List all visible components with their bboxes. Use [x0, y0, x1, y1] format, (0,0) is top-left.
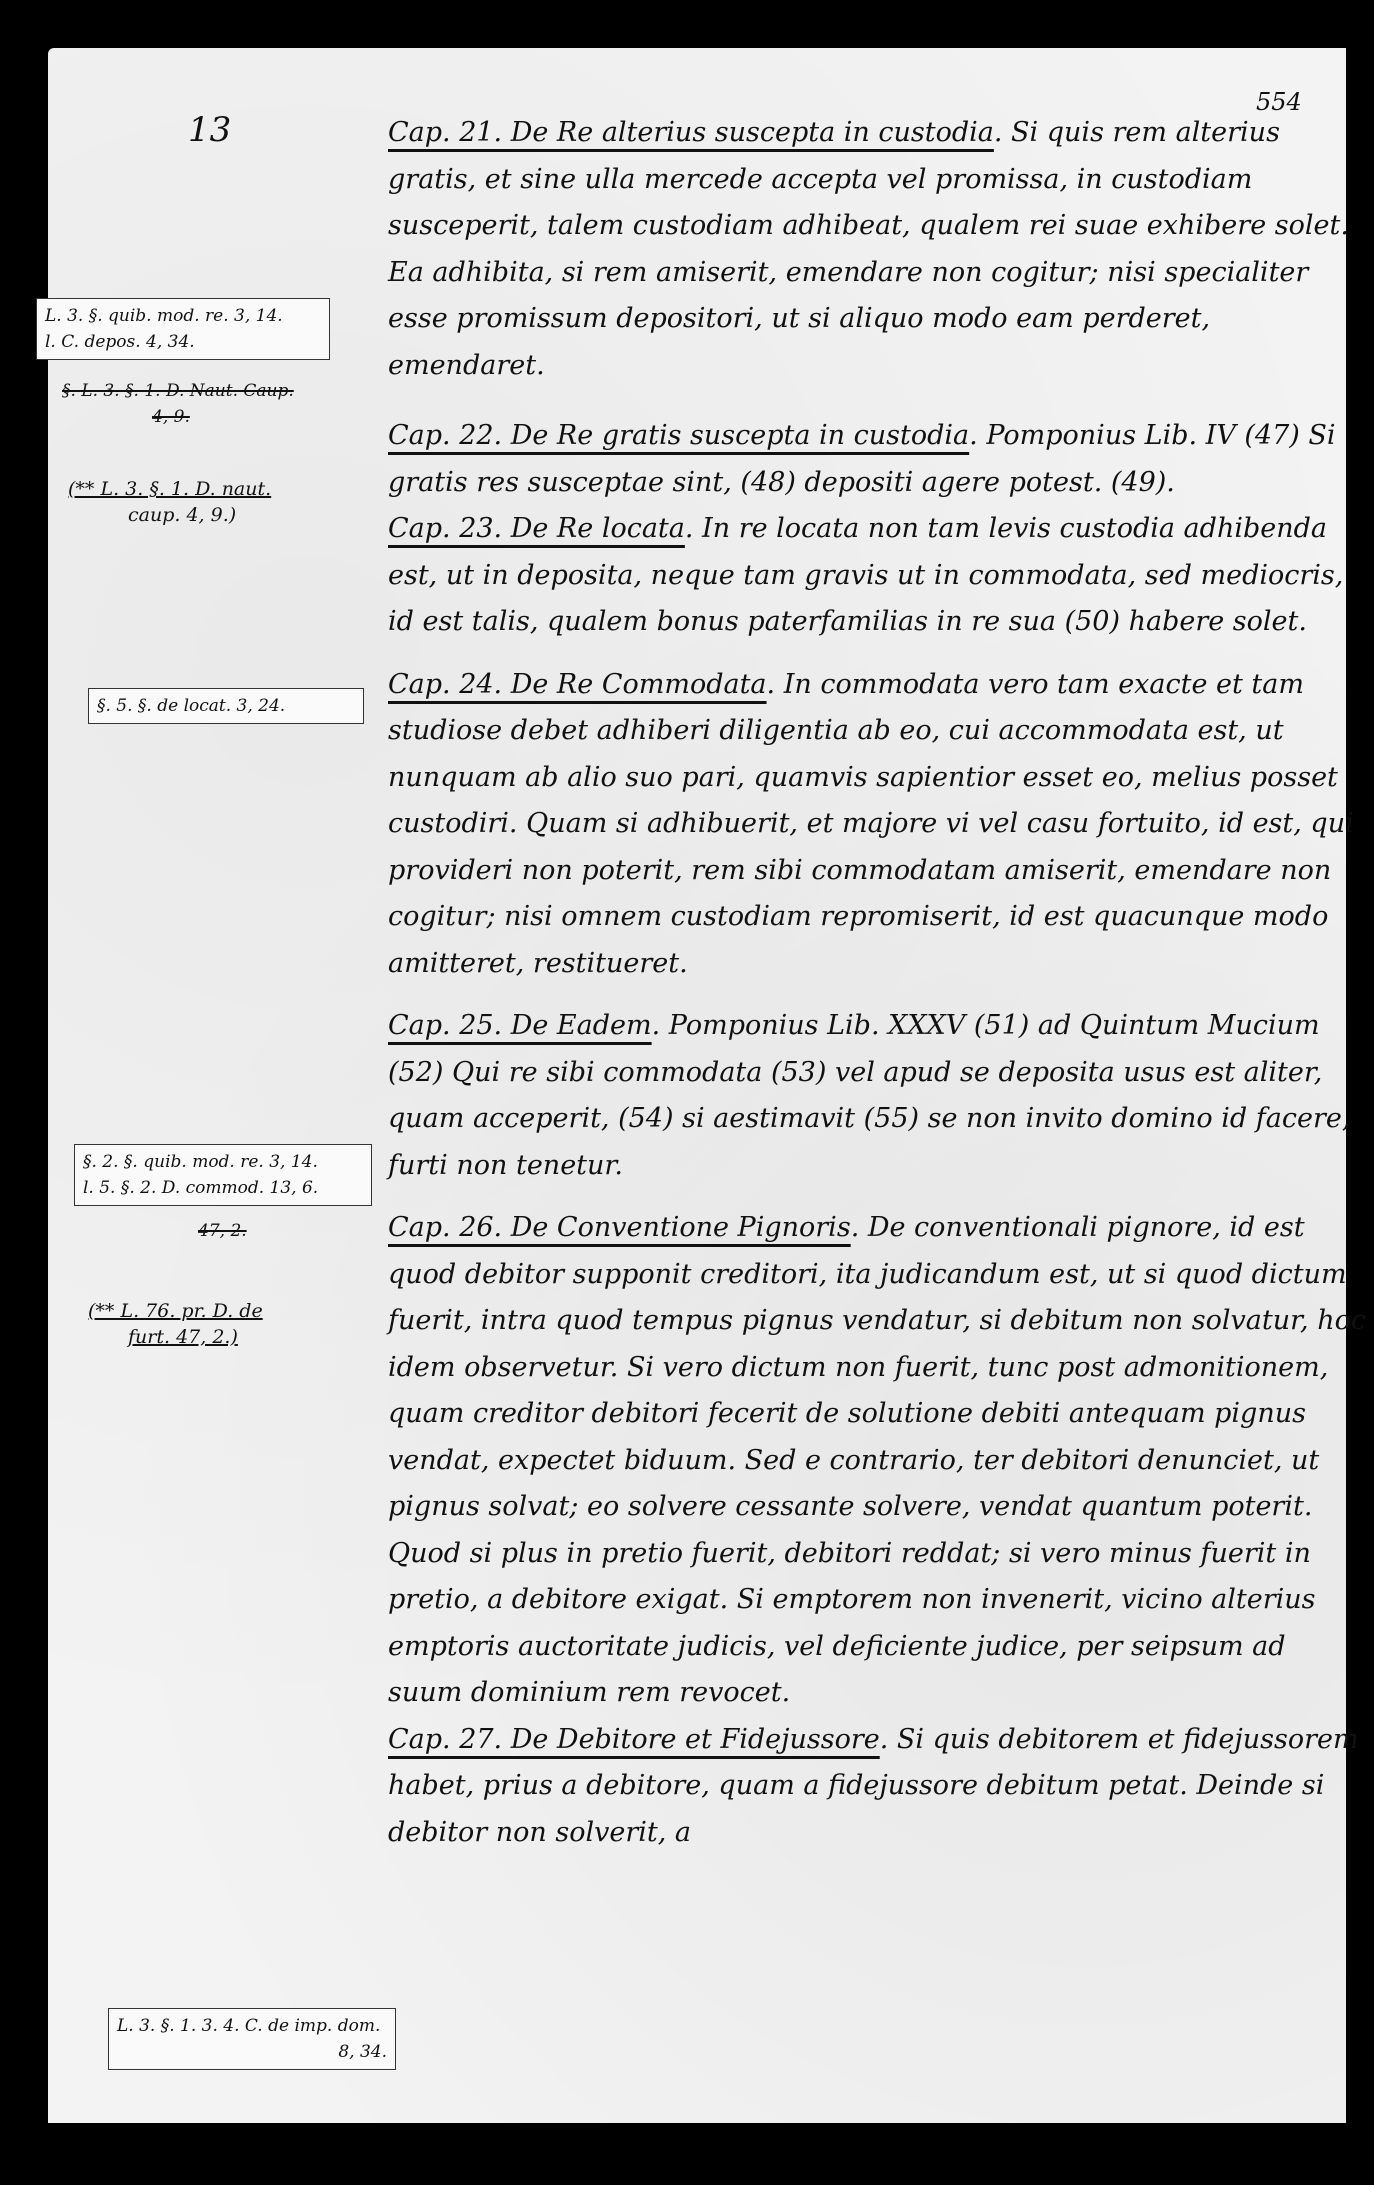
chapter-title: Cap. 25. De Eadem [388, 1010, 652, 1041]
chapter-title: Cap. 24. De Re Commodata [388, 669, 767, 700]
chapter-body: . In commodata vero tam exacte et tam st… [388, 669, 1354, 979]
margin-note-line: §. 5. §. de locat. 3, 24. [97, 693, 355, 719]
margin-note-line: 4, 9. [62, 404, 342, 430]
margin-note-struck: §. L. 3. §. 1. D. Naut. Caup. 4, 9. [62, 378, 342, 430]
margin-note-reference: (** L. 3. §. 1. D. naut. caup. 4, 9.) [68, 476, 358, 528]
chapter-title: Cap. 21. De Re alterius suscepta in cust… [388, 117, 994, 148]
manuscript-text: Cap. 21. De Re alterius suscepta in cust… [388, 110, 1368, 1856]
margin-note-line: §. L. 3. §. 1. D. Naut. Caup. [62, 378, 342, 404]
chapter-title: Cap. 22. De Re gratis suscepta in custod… [388, 420, 969, 451]
chapter-27: Cap. 27. De Debitore et Fidejussore. Si … [388, 1717, 1368, 1857]
margin-note-struck: 47, 2. [198, 1218, 247, 1244]
margin-slip-4: L. 3. §. 1. 3. 4. C. de imp. dom. 8, 34. [108, 2008, 396, 2070]
chapter-22: Cap. 22. De Re gratis suscepta in custod… [388, 413, 1368, 506]
margin-slip-1: L. 3. §. quib. mod. re. 3, 14. l. C. dep… [36, 298, 330, 360]
margin-note-reference: (** L. 76. pr. D. de furt. 47, 2.) [88, 1298, 358, 1350]
chapter-25: Cap. 25. De Eadem. Pomponius Lib. XXXV (… [388, 1003, 1368, 1189]
margin-note-line: l. 5. §. 2. D. commod. 13, 6. [83, 1175, 363, 1201]
margin-note-line: §. 2. §. quib. mod. re. 3, 14. [83, 1149, 363, 1175]
margin-note-line: (** L. 76. pr. D. de [88, 1298, 358, 1324]
chapter-title: Cap. 23. De Re locata [388, 513, 685, 544]
chapter-title: Cap. 26. De Conventione Pignoris [388, 1212, 851, 1243]
scan-border [0, 0, 40, 2185]
margin-note-line: furt. 47, 2.) [88, 1324, 358, 1350]
margin-note-line: l. C. depos. 4, 34. [45, 329, 321, 355]
margin-note-line: L. 3. §. 1. 3. 4. C. de imp. dom. [117, 2013, 387, 2039]
margin-slip-2: §. 5. §. de locat. 3, 24. [88, 688, 364, 724]
chapter-26: Cap. 26. De Conventione Pignoris. De con… [388, 1205, 1368, 1717]
margin-note-line: L. 3. §. quib. mod. re. 3, 14. [45, 303, 321, 329]
chapter-23: Cap. 23. De Re locata. In re locata non … [388, 506, 1368, 646]
chapter-title: Cap. 27. De Debitore et Fidejussore [388, 1724, 880, 1755]
margin-note-line: 8, 34. [117, 2039, 387, 2065]
chapter-21: Cap. 21. De Re alterius suscepta in cust… [388, 110, 1368, 389]
manuscript-page: 13 554 L. 3. §. quib. mod. re. 3, 14. l.… [48, 48, 1346, 2123]
margin-note-line: 47, 2. [198, 1218, 247, 1244]
chapter-body: . De conventionali pignore, id est quod … [388, 1212, 1366, 1708]
margin-note-line: (** L. 3. §. 1. D. naut. [68, 476, 358, 502]
margin-slip-3: §. 2. §. quib. mod. re. 3, 14. l. 5. §. … [74, 1144, 372, 1206]
folio-number: 13 [188, 110, 231, 150]
margin-note-line: caup. 4, 9.) [68, 502, 358, 528]
chapter-body: . Si quis rem alterius gratis, et sine u… [388, 117, 1349, 381]
chapter-24: Cap. 24. De Re Commodata. In commodata v… [388, 662, 1368, 988]
